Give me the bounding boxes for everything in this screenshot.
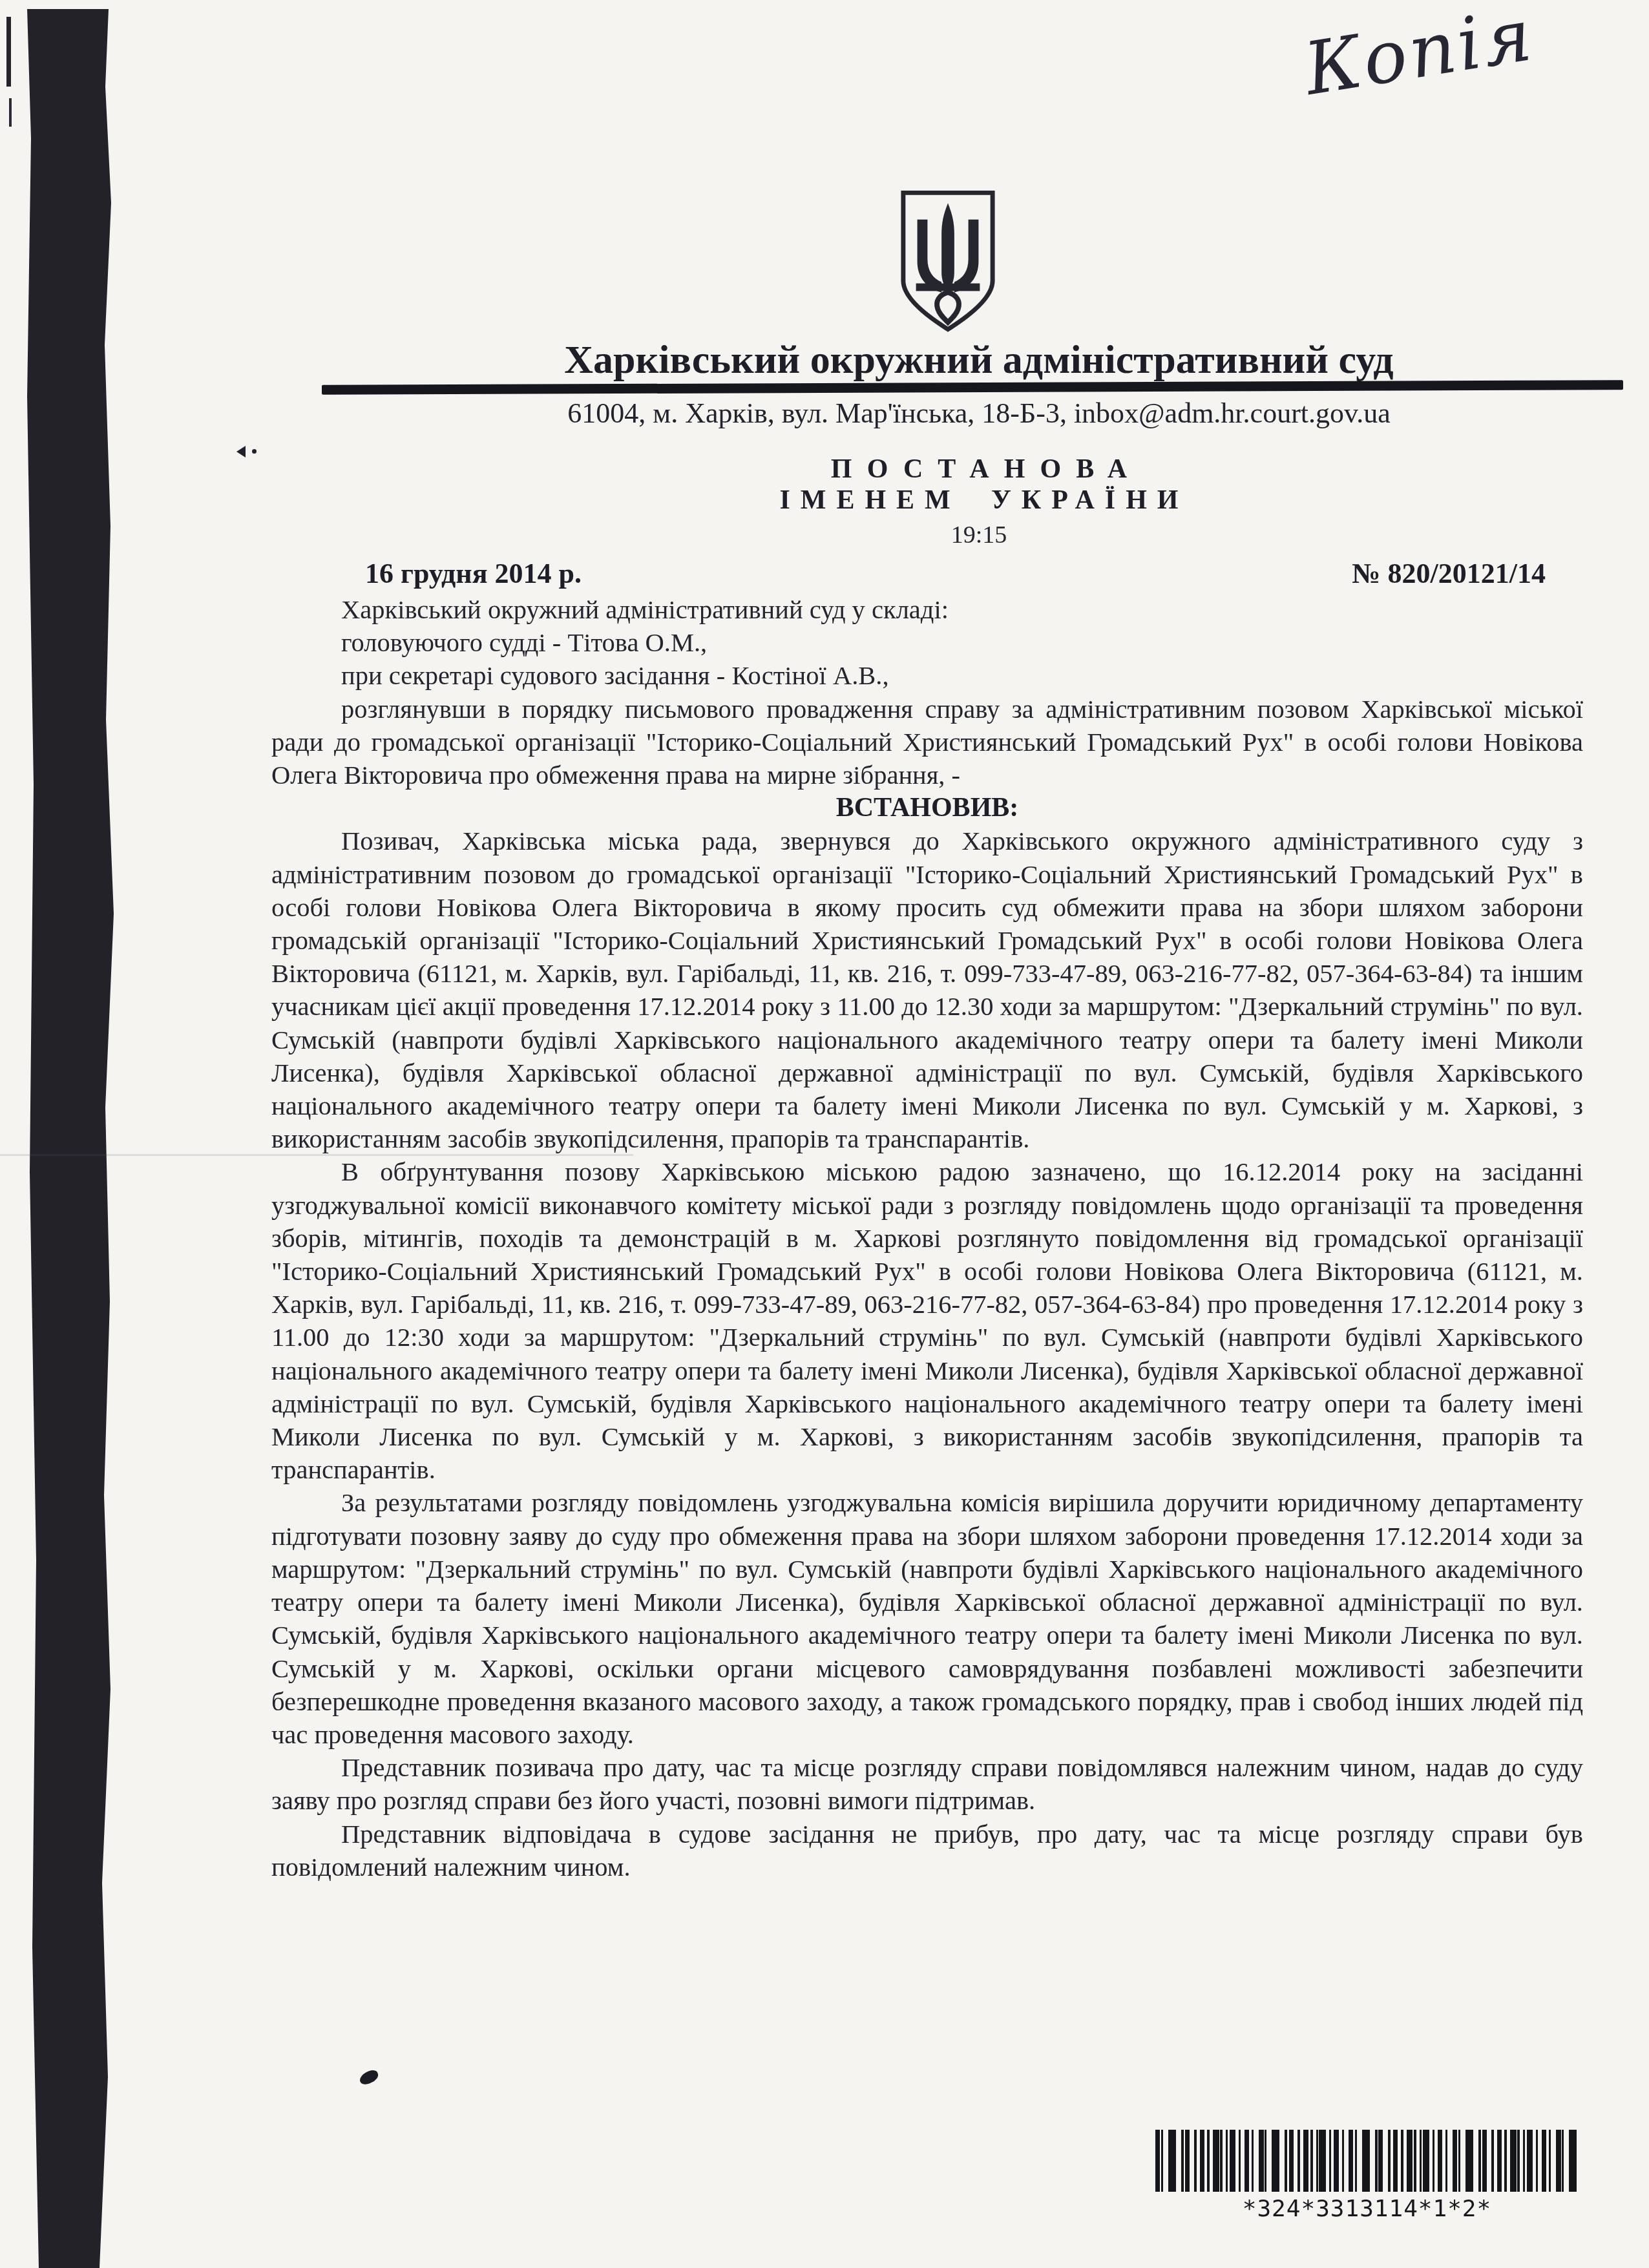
ukraine-trident-coat-of-arms-icon [897,187,999,335]
established-heading: ВСТАНОВИВ: [271,792,1583,824]
body-paragraph: В обґрунтування позову Харківською міськ… [271,1155,1583,1486]
document-body: Харківський окружний адміністративний су… [271,593,1583,1884]
document-subtitle: ІМЕНЕМ УКРАЇНИ [310,485,1648,516]
handwritten-copy-note: Копія [1299,0,1621,131]
document-time: 19:15 [310,521,1648,549]
scan-edge-mark [6,17,11,87]
body-paragraph: За результатами розгляду повідомлень узг… [271,1486,1583,1751]
barcode [1155,2130,1579,2192]
document-date: 16 грудня 2014 р. [310,557,582,590]
composition-line: при секретарі судового засідання - Кості… [271,659,1583,692]
scan-edge-mark [9,98,12,127]
ink-smudge [358,2068,381,2086]
intro-paragraph: розглянувши в порядку письмового провадж… [271,693,1583,792]
barcode-caption: *324*3313114*1*2* [1155,2196,1579,2222]
body-paragraph: Представник позивача про дату, час та мі… [271,1751,1583,1817]
scan-binding-shadow [23,9,115,2268]
document-title: ПОСТАНОВА [310,454,1648,485]
body-paragraph: Позивач, Харківська міська рада, звернув… [271,824,1583,1155]
composition-line: головуючого судді - Тітова О.М., [271,626,1583,659]
case-number: № 820/20121/14 [1352,557,1546,590]
court-name: Харківський окружний адміністративний су… [310,337,1648,383]
court-address: 61004, м. Харків, вул. Мар'їнська, 18-Б-… [310,397,1648,430]
date-and-case-number-row: 16 грудня 2014 р. № 820/20121/14 [310,557,1546,590]
ink-smudge [236,445,262,460]
body-paragraph: Представник відповідача в судове засідан… [271,1818,1583,1884]
composition-line: Харківський окружний адміністративний су… [271,593,1583,626]
